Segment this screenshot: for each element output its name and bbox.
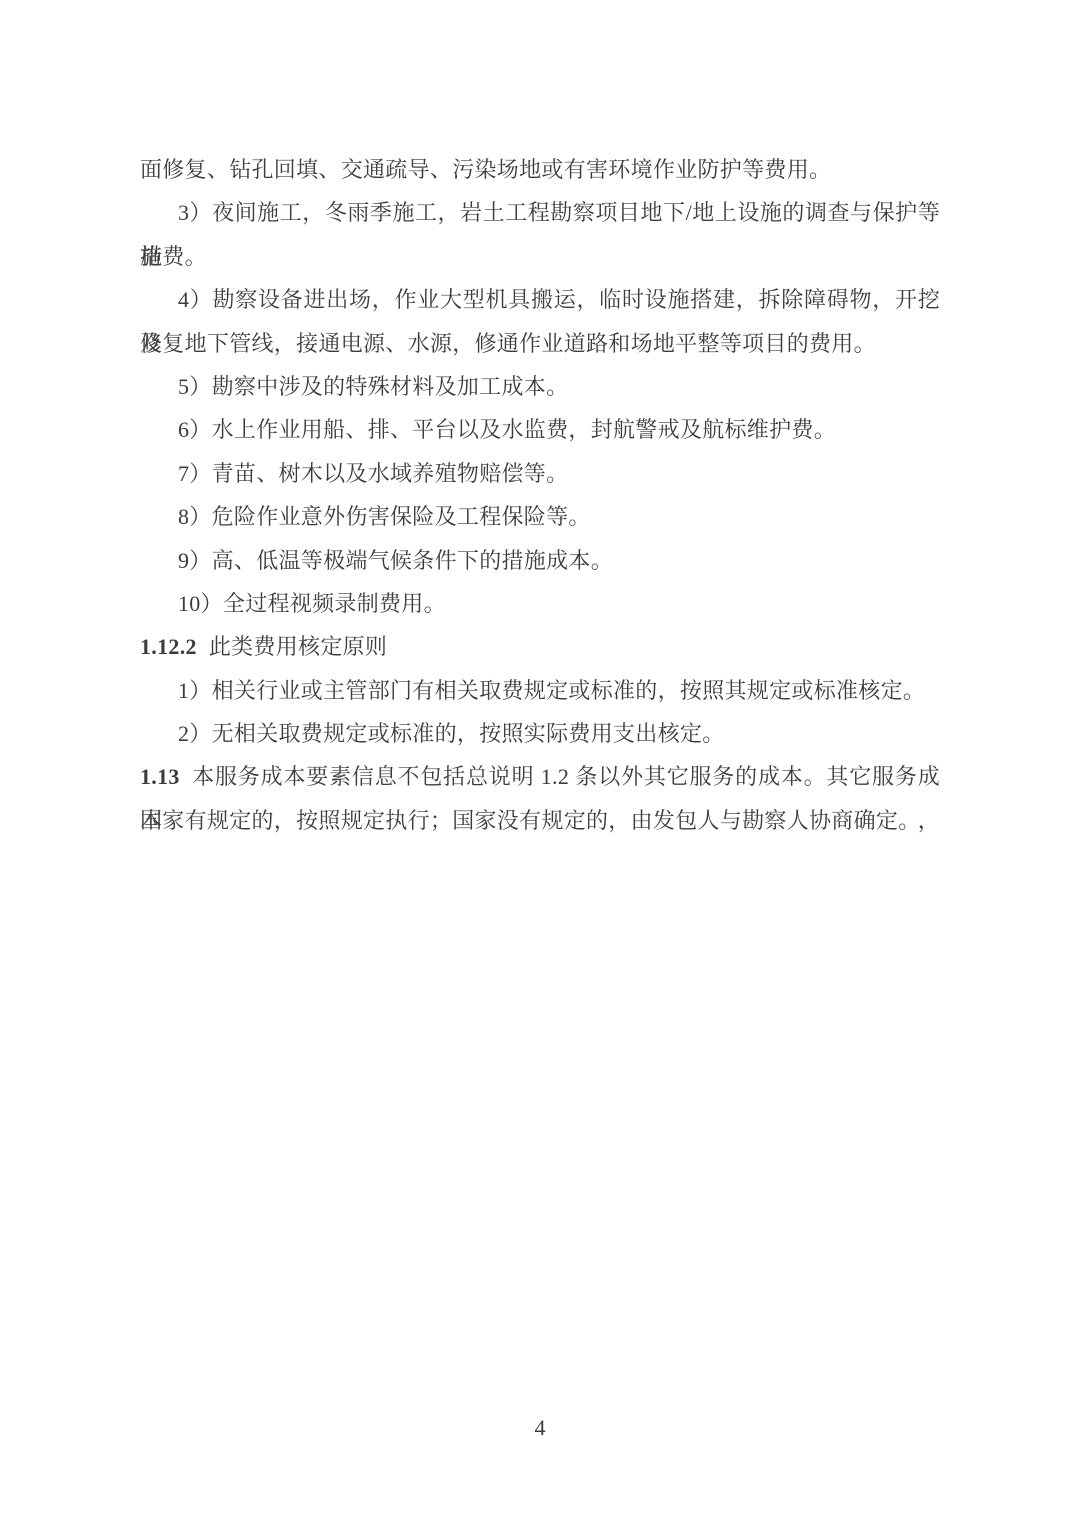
text-line: 7）青苗、树木以及水域养殖物赔偿等。 [140,452,940,495]
list-item-7: 7）青苗、树木以及水域养殖物赔偿等。 [140,452,940,495]
text-line: 修复地下管线，接通电源、水源，修通作业道路和场地平整等项目的费用。 [140,322,940,365]
text-line: 1）相关行业或主管部门有相关取费规定或标准的，按照其规定或标准核定。 [140,669,940,712]
list-item-8: 8）危险作业意外伤害保险及工程保险等。 [140,495,940,538]
list-item-4: 4）勘察设备进出场，作业大型机具搬运，临时设施搭建，拆除障碍物，开挖及 修复地下… [140,278,940,365]
clause-number: 1.12.2 [140,634,197,659]
text-line: 6）水上作业用船、排、平台以及水监费，封航警戒及航标维护费。 [140,408,940,451]
text-line: 国家有规定的，按照规定执行；国家没有规定的，由发包人与勘察人协商确定。 [140,799,940,842]
text-line: 3）夜间施工，冬雨季施工，岩土工程勘察项目地下/地上设施的调查与保护等措 [140,191,940,234]
text-line: 施费。 [140,235,940,278]
text-line: 8）危险作业意外伤害保险及工程保险等。 [140,495,940,538]
text-line: 1.13本服务成本要素信息不包括总说明 1.2 条以外其它服务的成本。其它服务成… [140,755,940,798]
text-line: 2）无相关取费规定或标准的，按照实际费用支出核定。 [140,712,940,755]
list-item-9: 9）高、低温等极端气候条件下的措施成本。 [140,539,940,582]
continuation-paragraph: 面修复、钻孔回填、交通疏导、污染场地或有害环境作业防护等费用。 [140,148,940,191]
list-item-1: 1）相关行业或主管部门有相关取费规定或标准的，按照其规定或标准核定。 [140,669,940,712]
document-body: 面修复、钻孔回填、交通疏导、污染场地或有害环境作业防护等费用。 3）夜间施工，冬… [140,148,940,842]
clause-1-12-2-heading: 1.12.2此类费用核定原则 [140,625,940,668]
text-line: 4）勘察设备进出场，作业大型机具搬运，临时设施搭建，拆除障碍物，开挖及 [140,278,940,321]
text-line: 1.12.2此类费用核定原则 [140,625,940,668]
clause-1-13-paragraph: 1.13本服务成本要素信息不包括总说明 1.2 条以外其它服务的成本。其它服务成… [140,755,940,842]
list-item-2: 2）无相关取费规定或标准的，按照实际费用支出核定。 [140,712,940,755]
list-item-6: 6）水上作业用船、排、平台以及水监费，封航警戒及航标维护费。 [140,408,940,451]
text-line: 9）高、低温等极端气候条件下的措施成本。 [140,539,940,582]
text-line: 5）勘察中涉及的特殊材料及加工成本。 [140,365,940,408]
list-item-10: 10）全过程视频录制费用。 [140,582,940,625]
document-page: 面修复、钻孔回填、交通疏导、污染场地或有害环境作业防护等费用。 3）夜间施工，冬… [0,0,1080,1527]
text-line: 面修复、钻孔回填、交通疏导、污染场地或有害环境作业防护等费用。 [140,148,940,191]
text-line: 10）全过程视频录制费用。 [140,582,940,625]
clause-number: 1.13 [140,764,180,789]
heading-text: 此类费用核定原则 [209,634,387,659]
list-item-5: 5）勘察中涉及的特殊材料及加工成本。 [140,365,940,408]
list-item-3: 3）夜间施工，冬雨季施工，岩土工程勘察项目地下/地上设施的调查与保护等措 施费。 [140,191,940,278]
page-number: 4 [0,1406,1080,1450]
